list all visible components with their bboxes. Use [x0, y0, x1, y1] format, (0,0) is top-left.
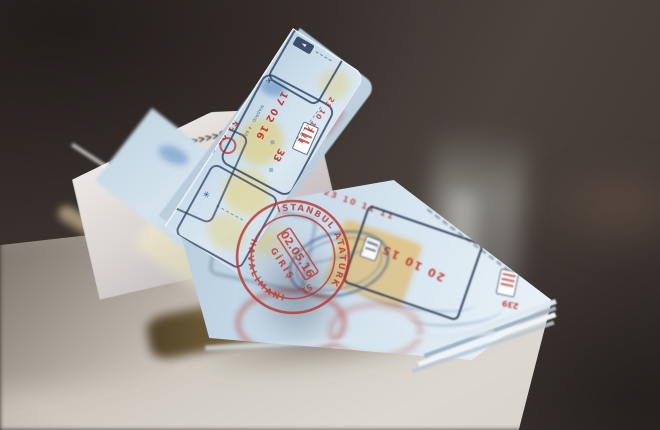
- stamp-number-text: 239: [501, 298, 519, 310]
- stamp-number-text: 33: [270, 146, 286, 163]
- stamp-text-dashes: [316, 51, 332, 61]
- photo-scene: <<<<<<<<<<<<<<<<<< 849296<<<<<<<<<<<<<<8…: [0, 0, 660, 430]
- airplane-icon: ✈: [265, 76, 272, 85]
- blue-ink-smudge: [156, 142, 192, 169]
- sun-icon: ✳: [200, 189, 211, 201]
- stamp-date-text: 20 10 15: [379, 242, 447, 284]
